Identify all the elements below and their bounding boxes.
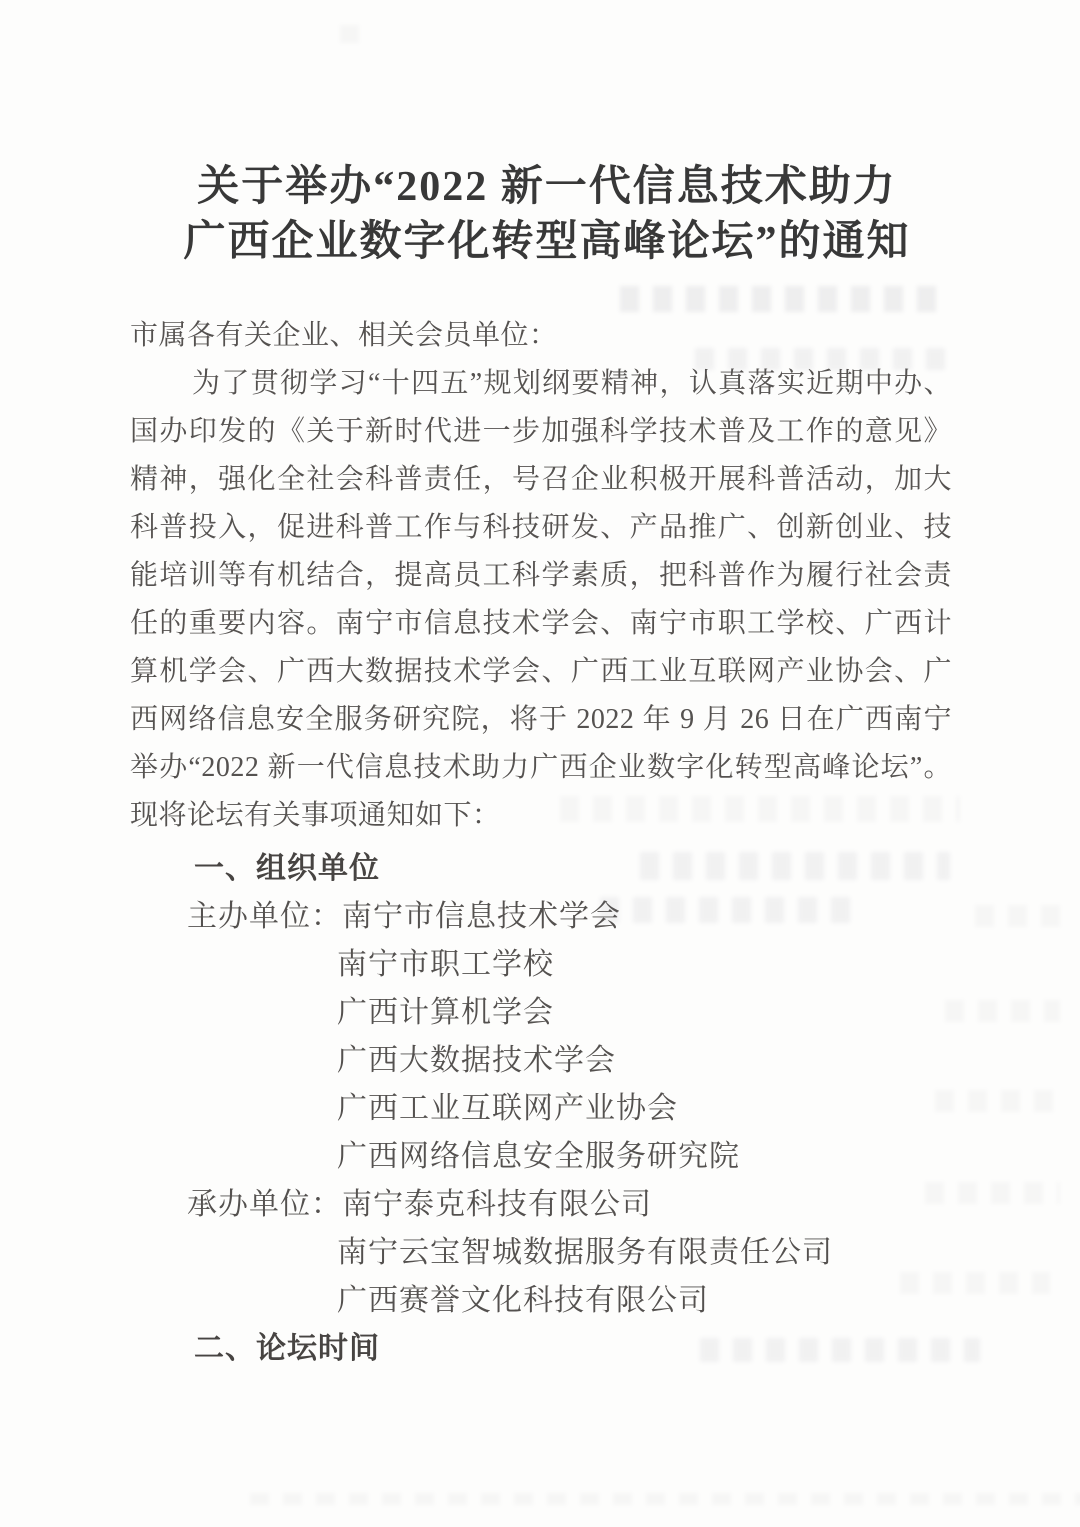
bleedthrough-smudge xyxy=(600,897,860,923)
host-org: 广西网络信息安全服务研究院 xyxy=(337,1133,990,1181)
bleedthrough-smudge xyxy=(640,852,950,880)
body-line: 精神，强化全社会科普责任，号召企业积极开展科普活动，加大 xyxy=(130,456,952,504)
undertaker-label: 承办单位： xyxy=(187,1188,342,1221)
body-line: 任的重要内容。南宁市信息技术学会、南宁市职工学校、广西计 xyxy=(130,600,952,648)
undertaker-org: 广西赛誉文化科技有限公司 xyxy=(337,1277,990,1325)
bleedthrough-smudge xyxy=(560,796,960,822)
bleedthrough-smudge xyxy=(340,25,362,43)
body-line: 举办“2022 新一代信息技术助力广西企业数字化转型高峰论坛”。 xyxy=(130,744,952,792)
host-org: 广西计算机学会 xyxy=(337,989,990,1037)
host-org: 南宁市职工学校 xyxy=(337,941,990,989)
host-org: 广西大数据技术学会 xyxy=(337,1037,990,1085)
host-org: 广西工业互联网产业协会 xyxy=(337,1085,990,1133)
undertaker-line: 承办单位：南宁泰克科技有限公司 xyxy=(187,1181,990,1229)
undertaker-org: 南宁泰克科技有限公司 xyxy=(342,1188,652,1221)
host-org: 南宁市信息技术学会 xyxy=(342,900,621,933)
bleedthrough-smudge xyxy=(945,1000,1060,1022)
bleedthrough-smudge xyxy=(975,905,1070,927)
body-line: 科普投入，促进科普工作与科技研发、产品推广、创新创业、技 xyxy=(130,504,952,552)
host-line: 主办单位：南宁市信息技术学会 xyxy=(187,893,990,941)
body-line: 能培训等有机结合，提高员工科学素质，把科普作为履行社会责 xyxy=(130,552,952,600)
bleedthrough-smudge xyxy=(935,1090,1060,1112)
bleedthrough-smudge xyxy=(250,1493,1080,1505)
bleedthrough-smudge xyxy=(925,1182,1060,1204)
scanned-notice-page: 关于举办“2022 新一代信息技术助力 广西企业数字化转型高峰论坛”的通知 市属… xyxy=(0,0,1080,1527)
bleedthrough-smudge xyxy=(620,286,950,312)
body-line: 算机学会、广西大数据技术学会、广西工业互联网产业协会、广 xyxy=(130,648,952,696)
bleedthrough-smudge xyxy=(900,1272,1050,1294)
body-line: 西网络信息安全服务研究院，将于 2022 年 9 月 26 日在广西南宁 xyxy=(130,696,952,744)
body-line: 国办印发的《关于新时代进一步加强科学技术普及工作的意见》 xyxy=(130,408,952,456)
host-label: 主办单位： xyxy=(187,900,342,933)
bleedthrough-smudge xyxy=(700,1338,980,1362)
undertaker-org: 南宁云宝智城数据服务有限责任公司 xyxy=(337,1229,990,1277)
title-line-1: 关于举办“2022 新一代信息技术助力 xyxy=(14,160,1080,215)
document-title: 关于举办“2022 新一代信息技术助力 广西企业数字化转型高峰论坛”的通知 xyxy=(0,160,1080,270)
organizer-section: 一、组织单位 主办单位：南宁市信息技术学会 南宁市职工学校 广西计算机学会 广西… xyxy=(130,845,990,1373)
title-line-2: 广西企业数字化转型高峰论坛”的通知 xyxy=(14,215,1080,270)
body-text: 市属各有关企业、相关会员单位： 为了贯彻学习“十四五”规划纲要精神，认真落实近期… xyxy=(130,312,952,840)
bleedthrough-smudge xyxy=(695,348,945,370)
